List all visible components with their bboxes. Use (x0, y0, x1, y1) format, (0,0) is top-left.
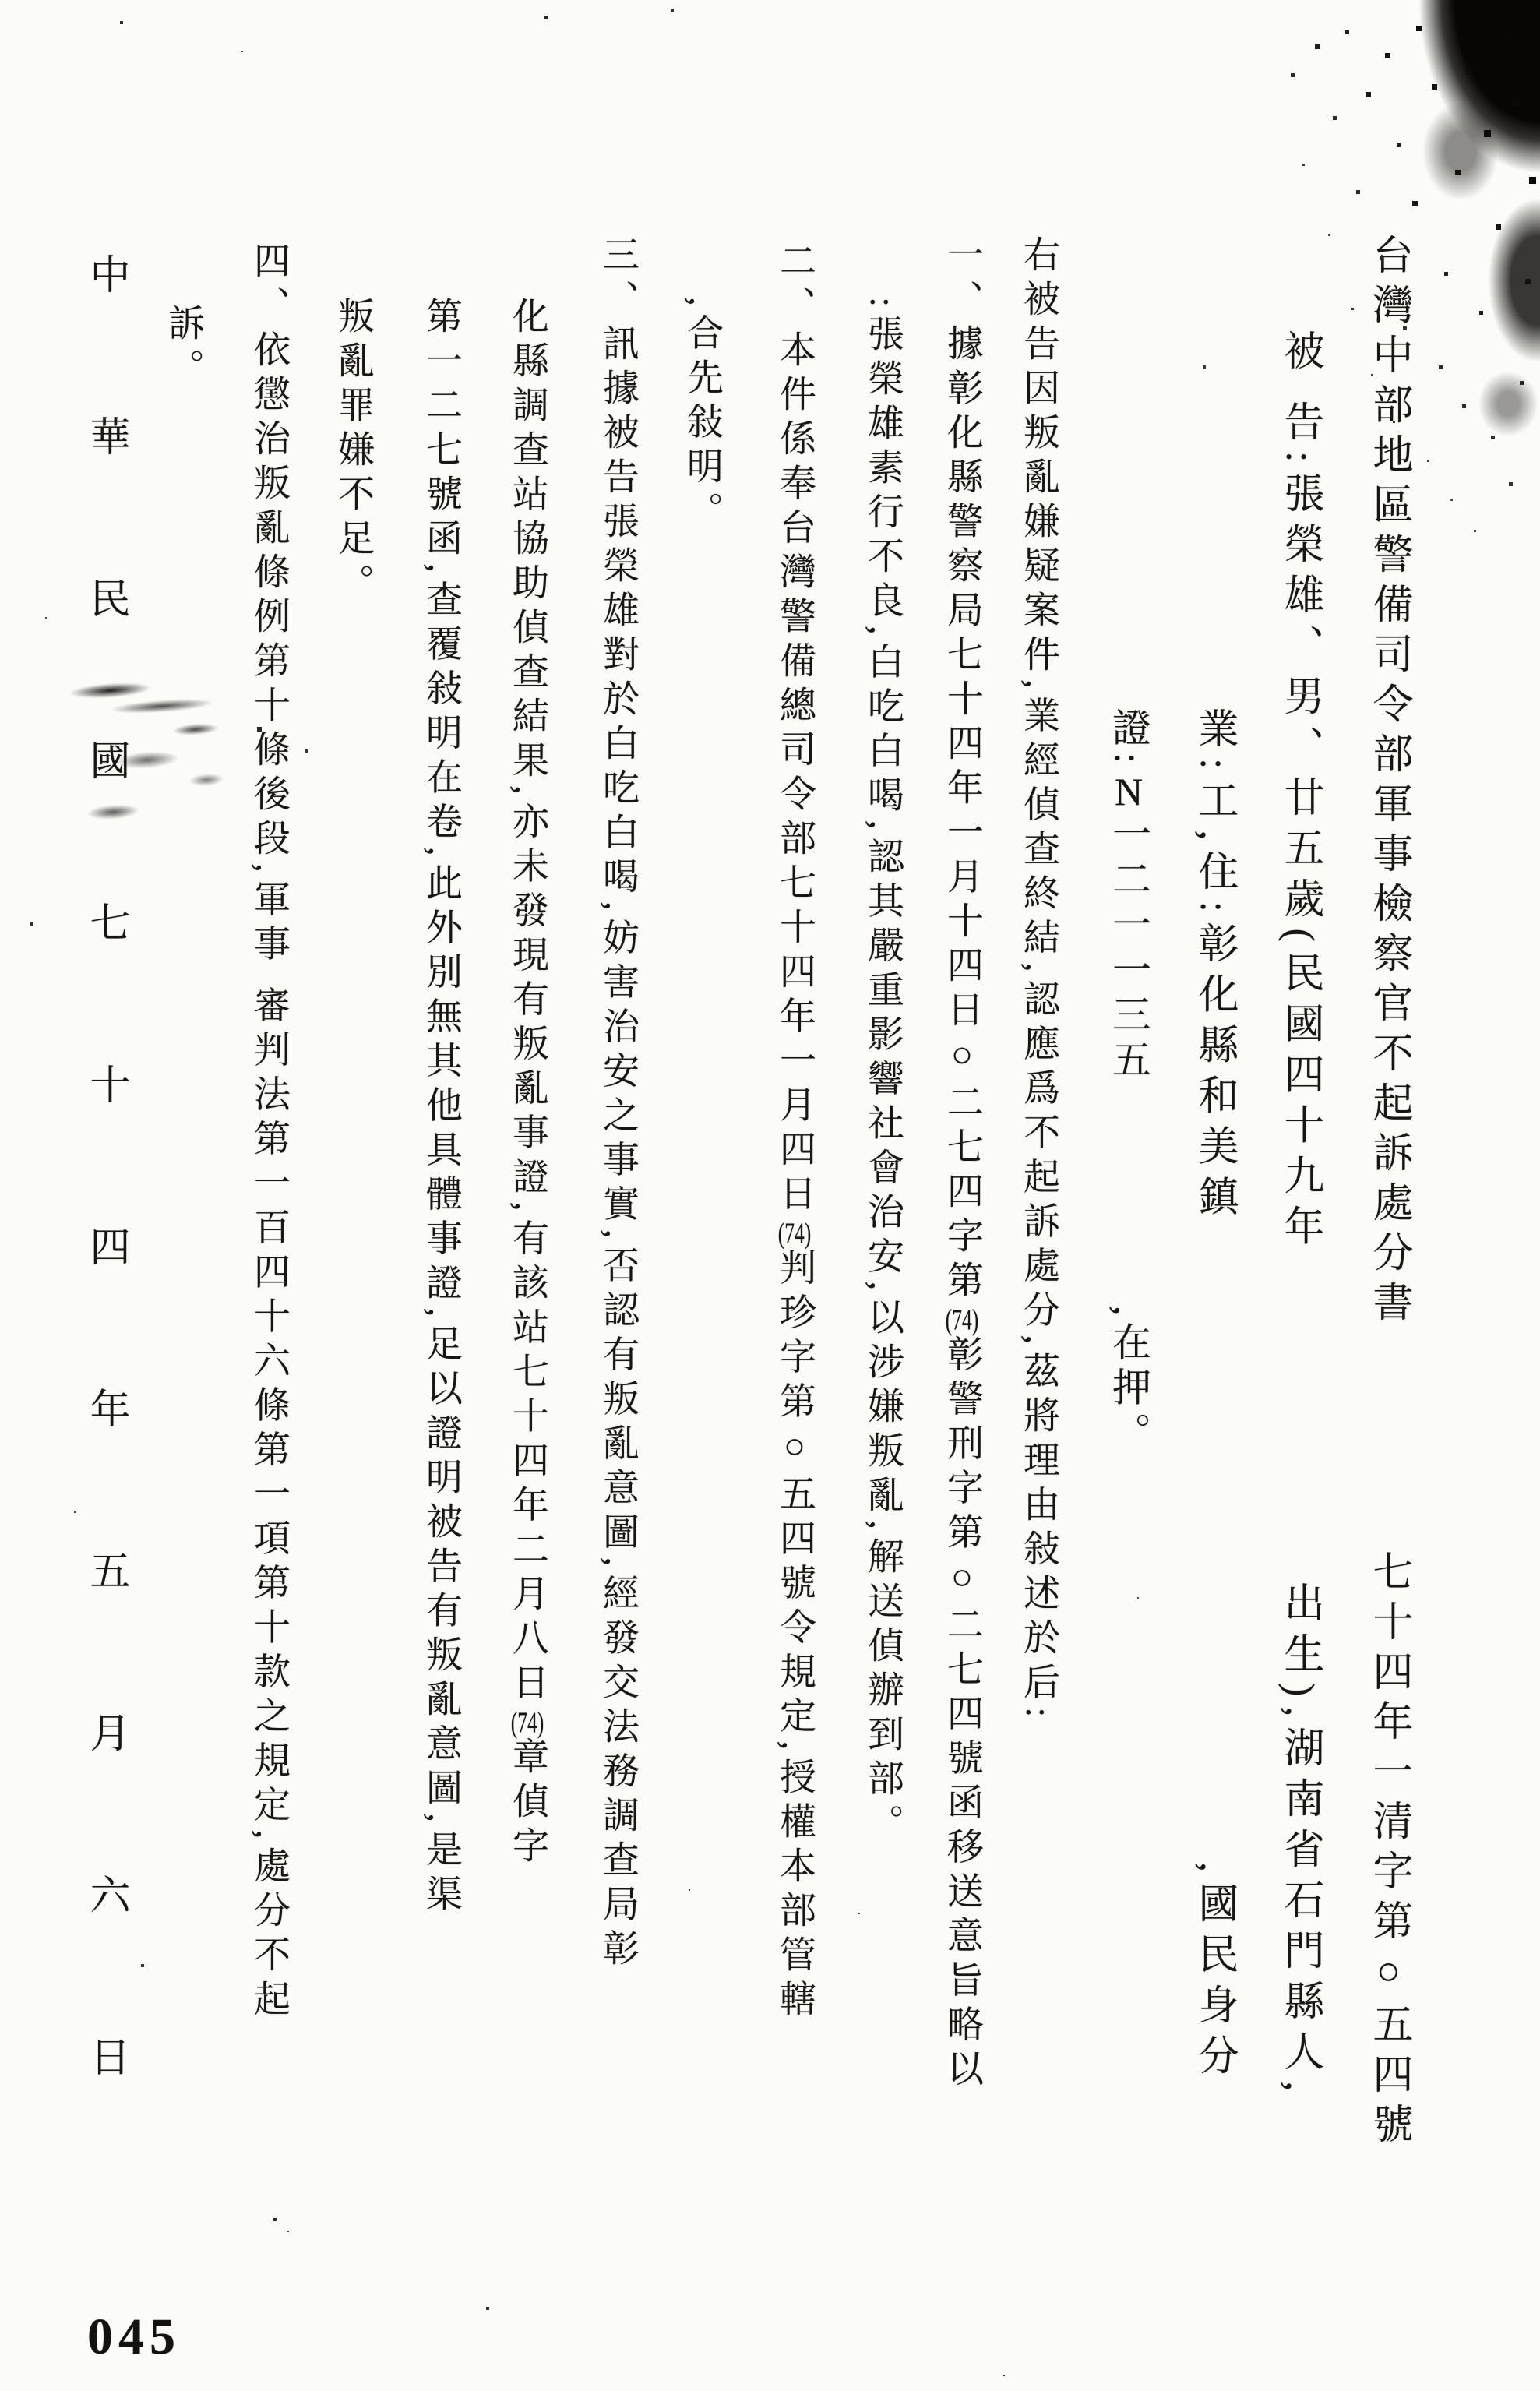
finding-4-line-1: 四、依懲治叛亂條例第十條後段,軍事 審判法第一百四十六條第一項第十款之規定,處分… (250, 242, 287, 2024)
defendant-id-number: 證:N一二一一三五 (1109, 707, 1148, 1084)
defendant-id-label-wrap: ,國民身分 (1193, 1862, 1234, 2085)
defendant-name-line: 被 告:張榮雄、男、廿五歲(民國四十九年 (1279, 330, 1320, 1256)
finding-3-line-2: 化縣調查站協助偵查結果,亦未發現有叛亂事證,有該站七十四年二月八日(74)章偵字 (509, 297, 545, 1871)
page-number: 045 (87, 2308, 181, 2367)
document-title: 台灣中部地區警備司令部軍事檢察官不起訴處分書 (1368, 234, 1408, 1331)
scanned-document-page: 台灣中部地區警備司令部軍事檢察官不起訴處分書 七十四年一清字第○五四號 被 告:… (0, 0, 1540, 2391)
case-number: 七十四年一清字第○五四號 (1368, 1550, 1408, 2153)
toner-speckle-cloud (0, 0, 2, 2)
body-intro: 右被告因叛亂嫌疑案件,業經偵查終結,認應爲不起訴處分,茲將理由敍述於后: (1020, 235, 1056, 1725)
finding-2-line-2: ,合先敍明。 (683, 297, 720, 536)
finding-3-line-3: 第一二七號函,查覆敍明在卷,此外別無其他具體事證,足以證明被告有叛亂意圖,是渠 (422, 297, 459, 1919)
defendant-custody-status: ,在押。 (1109, 1306, 1148, 1458)
finding-2-line-1: 二、本件係奉台灣警備總司令部七十四年一月四日(74)判珍字第○五四號令規定,授權… (776, 242, 812, 2024)
dust-speckles (0, 0, 2, 2)
finding-4-line-2: 訴。 (164, 304, 201, 393)
defendant-origin-line: 出生),湖南省石門縣人, (1279, 1582, 1320, 2101)
defendant-occupation-residence: 業:工,住:彰化縣和美鎮 (1193, 707, 1234, 1226)
finding-1-line-2: :張榮雄素行不良,白吃白喝,認其嚴重影響社會治安,以涉嫌叛亂,解送偵辦到部。 (864, 297, 900, 1848)
finding-3-line-1: 三、訊據被告張榮雄對於白吃白喝,妨害治安之事實,否認有叛亂意圖,經發交法務調查局… (599, 235, 636, 1973)
finding-1-line-1: 一、據彰化縣警察局七十四年一月十四日○二七四字第(74)彰警刑字第○二七四號函移… (943, 235, 980, 2094)
finding-3-line-4: 叛亂罪嫌不足。 (334, 297, 371, 608)
document-date: 中華民國七十四年五月六日 (85, 253, 125, 2198)
